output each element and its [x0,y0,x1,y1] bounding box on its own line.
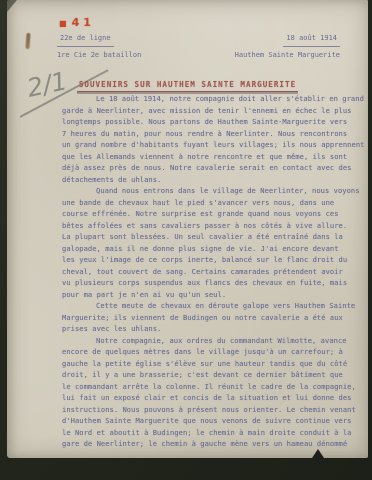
text-line: pour ma part je n'en ai vu qu'un seul. [62,289,362,301]
scan-edge-artifact [312,449,324,458]
date-label: 18 août 1914 [283,31,340,47]
scanned-document-page: { "stamp": { "prefix": "■", "number": "4… [0,0,372,480]
text-line: longtemps possible. Nous partons de Haut… [62,116,362,128]
text-line: Cette meute de chevaux en déroute galope… [62,300,362,312]
text-line: détachements de uhlans. [62,174,362,186]
archive-number-stamp: ■41 [59,16,95,29]
text-line: prises avec les uhlans. [62,323,362,335]
text-line: le Nord et aboutit à Budingen; le chemin… [62,427,362,439]
text-line: garde à Neerlinter, avec mission de teni… [62,105,362,117]
location-label: Hauthem Sainte Marguerite [235,47,340,62]
header-unit-block: 22e de ligne 1re Cie 2e bataillon [57,31,141,62]
text-line: Notre compagnie, aux ordres du commandan… [62,335,362,347]
text-line: course effrénée. Notre surprise est gran… [62,208,362,220]
text-line: le commandant arrête la colonne. Il réun… [62,381,362,393]
document-paper: ■41 22e de ligne 1re Cie 2e bataillon 18… [7,0,368,458]
title-row: SOUVENIRS SUR HAUTHEM SAINTE MARGUERITE [7,72,368,92]
text-line: bêtes affolées et sans cavaliers passer … [62,220,362,232]
paper-stain [25,33,30,49]
paper-corner-shadow [7,0,17,12]
text-line: un grand nombre d'habitants fuyant leurs… [62,139,362,151]
stamp-mark-icon: ■ [59,19,67,28]
text-line: lui fait un exposé clair et concis de la… [62,392,362,404]
text-line: La plupart sont blessées. Un seul cavali… [62,231,362,243]
text-line: d'Hauthem Sainte Marguerite que nous ven… [62,415,362,427]
text-line: cheval, tout couvert de sang. Certains c… [62,266,362,278]
text-line: droit, il y a une brasserie; c'est devan… [62,369,362,381]
header-date-block: 18 août 1914 Hauthem Sainte Marguerite [235,31,340,62]
text-line: instructions. Nous pouvons à présent nou… [62,404,362,416]
text-line: gare de Neerlinter; le chemin à gauche m… [62,438,362,450]
stamp-number: 41 [72,16,95,29]
text-line: déjà assez près de nous. Notre cavalerie… [62,162,362,174]
text-line: 7 heures du matin, pour nous rendre à Ne… [62,128,362,140]
text-line: gauche la petite église s'élève sur une … [62,358,362,370]
text-line: Le 18 août 1914, notre compagnie doit al… [62,93,362,105]
text-line: les yeux l'image de ce corps inerte, bal… [62,254,362,266]
text-line: Marguerite; ils viennent de Budingen ou … [62,312,362,324]
text-line: une bande de chevaux haut le pied s'avan… [62,197,362,209]
page-title: SOUVENIRS SUR HAUTHEM SAINTE MARGUERITE [77,80,298,92]
text-line: vu plusieurs corps suspendus aux flancs … [62,277,362,289]
text-line: encore de quelques mètres dans le villag… [62,346,362,358]
text-line: galopade, mais il ne donne plus signe de… [62,243,362,255]
text-line: Quand nous entrons dans le village de Ne… [62,185,362,197]
regiment-label: 22e de ligne [57,31,114,47]
document-body: Le 18 août 1914, notre compagnie doit al… [62,93,362,450]
text-line: que les Allemands viennent à notre renco… [62,151,362,163]
company-label: 1re Cie 2e bataillon [57,47,141,62]
